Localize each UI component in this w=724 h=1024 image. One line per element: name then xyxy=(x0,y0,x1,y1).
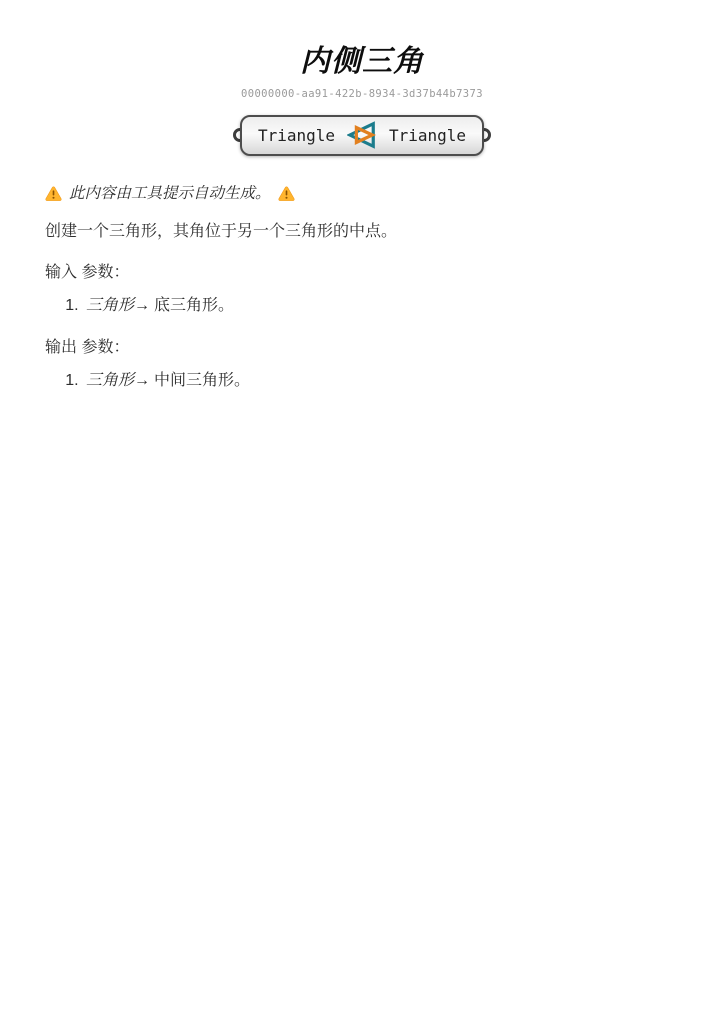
param-description: 底三角形。 xyxy=(154,297,234,314)
outputs-list: 三角形→中间三角形。 xyxy=(45,371,679,390)
output-param-item: 三角形→中间三角形。 xyxy=(83,371,679,390)
grasshopper-component-capsule: Triangle Triangle xyxy=(240,115,484,156)
param-arrow: → xyxy=(134,297,150,314)
warning-text: 此内容由工具提示自动生成。 xyxy=(69,185,271,204)
input-connector-nub xyxy=(233,128,247,142)
inputs-heading: 输入 参数： xyxy=(45,263,679,282)
param-arrow: → xyxy=(134,372,150,389)
warning-icon xyxy=(278,185,295,202)
component-input-label: Triangle xyxy=(258,126,335,145)
output-connector-nub xyxy=(477,128,491,142)
param-description: 中间三角形。 xyxy=(154,372,250,389)
outputs-heading: 输出 参数： xyxy=(45,338,679,357)
warning-icon xyxy=(45,185,62,202)
inputs-list: 三角形→底三角形。 xyxy=(45,296,679,315)
component-output-label: Triangle xyxy=(389,126,466,145)
document-page: 内侧三角 00000000-aa91-422b-8934-3d37b44b737… xyxy=(0,0,724,390)
inner-triangle-shape xyxy=(356,128,372,143)
auto-generated-warning: 此内容由工具提示自动生成。 xyxy=(45,185,679,204)
param-name: 三角形 xyxy=(86,372,134,389)
component-guid: 00000000-aa91-422b-8934-3d37b44b7373 xyxy=(45,88,679,100)
component-description: 创建一个三角形，其角位于另一个三角形的中点。 xyxy=(45,222,679,241)
page-title: 内侧三角 xyxy=(45,46,679,78)
input-param-item: 三角形→底三角形。 xyxy=(83,296,679,315)
param-name: 三角形 xyxy=(86,297,134,314)
component-diagram: Triangle Triangle xyxy=(45,115,679,156)
inner-triangle-icon xyxy=(347,120,377,150)
